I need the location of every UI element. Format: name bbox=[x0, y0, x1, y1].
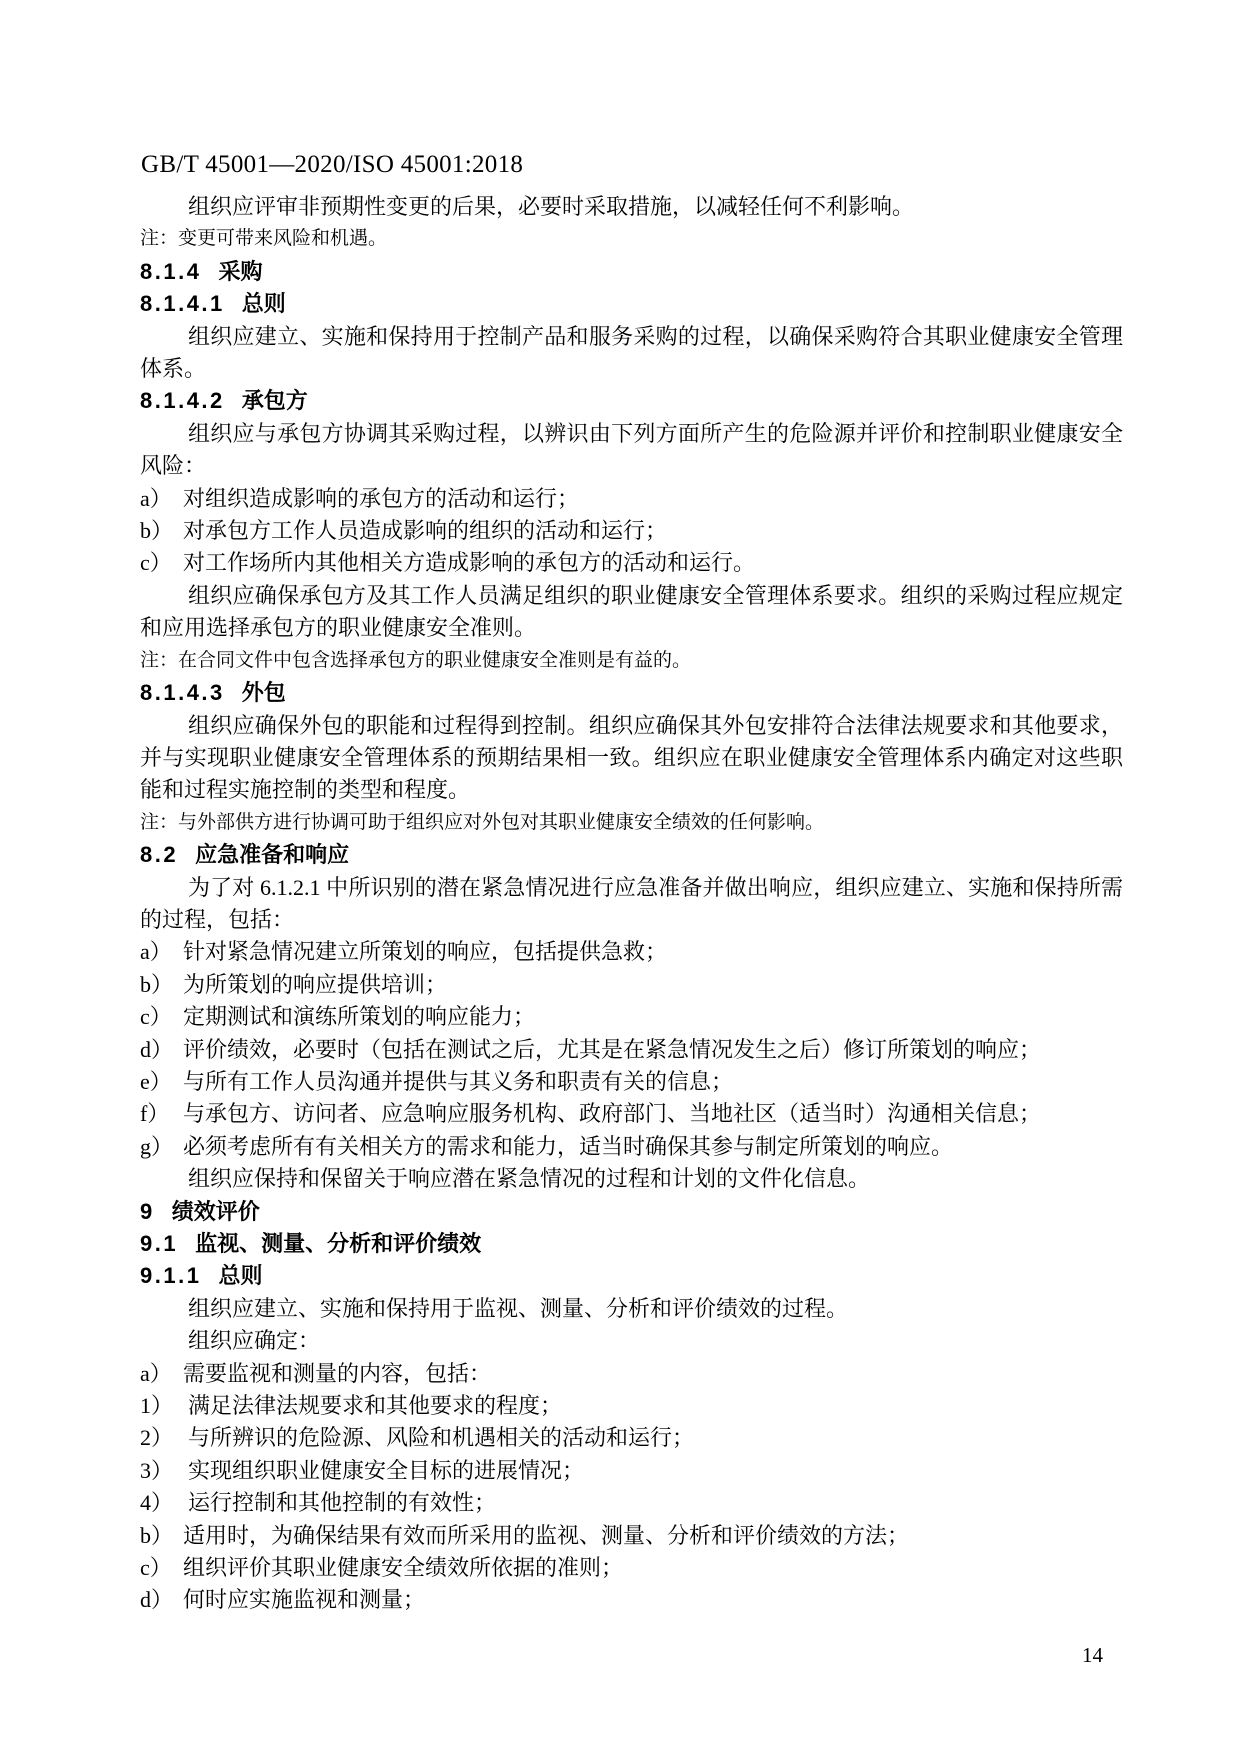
body-paragraph: 组织应保持和保留关于响应潜在紧急情况的过程和计划的文件化信息。 bbox=[140, 1163, 1123, 1195]
list-item-marker: c） bbox=[140, 547, 183, 579]
list-item-text: 与所辨识的危险源、风险和机遇相关的活动和运行； bbox=[188, 1425, 694, 1450]
list-item-text: 适用时，为确保结果有效而所采用的监视、测量、分析和评价绩效的方法； bbox=[183, 1523, 909, 1548]
list-item: b）对承包方工作人员造成影响的组织的活动和运行； bbox=[140, 515, 1123, 547]
heading-number: 8.1.4.2 bbox=[140, 388, 225, 413]
list-item-text: 定期测试和演练所策划的响应能力； bbox=[183, 1004, 535, 1029]
list-item-marker: c） bbox=[140, 1001, 183, 1033]
body-paragraph: 组织应确定： bbox=[140, 1325, 1123, 1357]
list-item-marker: e） bbox=[140, 1066, 183, 1098]
list-item: f）与承包方、访问者、应急响应服务机构、政府部门、当地社区（适当时）沟通相关信息… bbox=[140, 1098, 1123, 1130]
heading-number: 8.1.4.1 bbox=[140, 291, 225, 316]
list-item-text: 评价绩效，必要时（包括在测试之后，尤其是在紧急情况发生之后）修订所策划的响应； bbox=[183, 1037, 1041, 1062]
list-item-text: 实现组织职业健康安全目标的进展情况； bbox=[188, 1458, 584, 1483]
list-item: b）为所策划的响应提供培训； bbox=[140, 969, 1123, 1001]
running-header: GB/T 45001—2020/ISO 45001:2018 bbox=[141, 150, 523, 180]
document-body: 组织应评审非预期性变更的后果，必要时采取措施，以减轻任何不利影响。注：变更可带来… bbox=[140, 191, 1123, 1617]
page-number: 14 bbox=[1082, 1643, 1103, 1668]
heading-title: 总则 bbox=[242, 291, 286, 316]
body-paragraph: 组织应建立、实施和保持用于控制产品和服务采购的过程，以确保采购符合其职业健康安全… bbox=[140, 321, 1123, 386]
note-paragraph: 注：在合同文件中包含选择承包方的职业健康安全准则是有益的。 bbox=[140, 645, 1123, 677]
heading-title: 承包方 bbox=[242, 388, 308, 413]
section-heading: 9绩效评价 bbox=[140, 1196, 1123, 1228]
note-paragraph: 注：变更可带来风险和机遇。 bbox=[140, 223, 1123, 255]
heading-title: 总则 bbox=[218, 1263, 262, 1288]
heading-title: 采购 bbox=[218, 259, 262, 284]
list-item-text: 满足法律法规要求和其他要求的程度； bbox=[188, 1393, 562, 1418]
list-item-text: 运行控制和其他控制的有效性； bbox=[188, 1490, 496, 1515]
body-paragraph: 为了对 6.1.2.1 中所识别的潜在紧急情况进行应急准备并做出响应，组织应建立… bbox=[140, 872, 1123, 937]
body-paragraph: 组织应与承包方协调其采购过程，以辨识由下列方面所产生的危险源并评价和控制职业健康… bbox=[140, 418, 1123, 483]
sub-list-item: 4）运行控制和其他控制的有效性； bbox=[140, 1487, 1123, 1519]
heading-title: 监视、测量、分析和评价绩效 bbox=[195, 1231, 481, 1256]
body-paragraph: 组织应评审非预期性变更的后果，必要时采取措施，以减轻任何不利影响。 bbox=[140, 191, 1123, 223]
list-item-text: 必须考虑所有有关相关方的需求和能力，适当时确保其参与制定所策划的响应。 bbox=[183, 1134, 953, 1159]
section-heading: 9.1监视、测量、分析和评价绩效 bbox=[140, 1228, 1123, 1260]
list-item: a）需要监视和测量的内容，包括： bbox=[140, 1358, 1123, 1390]
list-item-marker: b） bbox=[140, 515, 183, 547]
section-heading: 8.2应急准备和响应 bbox=[140, 839, 1123, 871]
list-item-marker: f） bbox=[140, 1098, 183, 1130]
sub-list-item: 2）与所辨识的危险源、风险和机遇相关的活动和运行； bbox=[140, 1422, 1123, 1454]
list-item-text: 对承包方工作人员造成影响的组织的活动和运行； bbox=[183, 518, 667, 543]
list-item-text: 需要监视和测量的内容，包括： bbox=[183, 1361, 491, 1386]
list-item-marker: c） bbox=[140, 1552, 183, 1584]
list-item: a）对组织造成影响的承包方的活动和运行； bbox=[140, 483, 1123, 515]
heading-number: 8.1.4 bbox=[140, 259, 201, 284]
heading-title: 绩效评价 bbox=[172, 1199, 260, 1224]
heading-title: 应急准备和响应 bbox=[195, 842, 349, 867]
list-item-marker: a） bbox=[140, 1358, 183, 1390]
list-item: c）定期测试和演练所策划的响应能力； bbox=[140, 1001, 1123, 1033]
list-item: b）适用时，为确保结果有效而所采用的监视、测量、分析和评价绩效的方法； bbox=[140, 1520, 1123, 1552]
list-item: d）何时应实施监视和测量； bbox=[140, 1584, 1123, 1616]
section-heading: 8.1.4.2承包方 bbox=[140, 385, 1123, 417]
list-item: c）对工作场所内其他相关方造成影响的承包方的活动和运行。 bbox=[140, 547, 1123, 579]
heading-number: 9 bbox=[140, 1199, 155, 1224]
body-paragraph: 组织应确保外包的职能和过程得到控制。组织应确保其外包安排符合法律法规要求和其他要… bbox=[140, 710, 1123, 807]
list-item-text: 与所有工作人员沟通并提供与其义务和职责有关的信息； bbox=[183, 1069, 733, 1094]
list-item-marker: d） bbox=[140, 1584, 183, 1616]
list-item-marker: g） bbox=[140, 1131, 183, 1163]
body-paragraph: 组织应建立、实施和保持用于监视、测量、分析和评价绩效的过程。 bbox=[140, 1293, 1123, 1325]
list-item: a）针对紧急情况建立所策划的响应，包括提供急救； bbox=[140, 936, 1123, 968]
heading-number: 8.1.4.3 bbox=[140, 680, 225, 705]
list-item-marker: d） bbox=[140, 1034, 183, 1066]
section-heading: 8.1.4采购 bbox=[140, 256, 1123, 288]
list-item-text: 对组织造成影响的承包方的活动和运行； bbox=[183, 486, 579, 511]
heading-number: 9.1.1 bbox=[140, 1263, 201, 1288]
note-paragraph: 注：与外部供方进行协调可助于组织应对外包对其职业健康安全绩效的任何影响。 bbox=[140, 807, 1123, 839]
section-heading: 9.1.1总则 bbox=[140, 1260, 1123, 1292]
list-item: e）与所有工作人员沟通并提供与其义务和职责有关的信息； bbox=[140, 1066, 1123, 1098]
list-item-marker: b） bbox=[140, 969, 183, 1001]
sub-list-item: 3）实现组织职业健康安全目标的进展情况； bbox=[140, 1455, 1123, 1487]
list-item-marker: b） bbox=[140, 1520, 183, 1552]
body-paragraph: 组织应确保承包方及其工作人员满足组织的职业健康安全管理体系要求。组织的采购过程应… bbox=[140, 580, 1123, 645]
heading-number: 9.1 bbox=[140, 1231, 178, 1256]
list-item: d）评价绩效，必要时（包括在测试之后，尤其是在紧急情况发生之后）修订所策划的响应… bbox=[140, 1034, 1123, 1066]
list-item-marker: a） bbox=[140, 936, 183, 968]
section-heading: 8.1.4.3外包 bbox=[140, 677, 1123, 709]
list-item-text: 为所策划的响应提供培训； bbox=[183, 972, 447, 997]
list-item-marker: a） bbox=[140, 483, 183, 515]
list-item: g）必须考虑所有有关相关方的需求和能力，适当时确保其参与制定所策划的响应。 bbox=[140, 1131, 1123, 1163]
list-item-marker: 2） bbox=[140, 1422, 188, 1454]
list-item-text: 组织评价其职业健康安全绩效所依据的准则； bbox=[183, 1555, 623, 1580]
sub-list-item: 1）满足法律法规要求和其他要求的程度； bbox=[140, 1390, 1123, 1422]
section-heading: 8.1.4.1总则 bbox=[140, 288, 1123, 320]
list-item-marker: 3） bbox=[140, 1455, 188, 1487]
document-page: GB/T 45001—2020/ISO 45001:2018 组织应评审非预期性… bbox=[0, 0, 1241, 1755]
list-item: c）组织评价其职业健康安全绩效所依据的准则； bbox=[140, 1552, 1123, 1584]
list-item-marker: 4） bbox=[140, 1487, 188, 1519]
list-item-text: 对工作场所内其他相关方造成影响的承包方的活动和运行。 bbox=[183, 550, 755, 575]
list-item-text: 何时应实施监视和测量； bbox=[183, 1587, 425, 1612]
list-item-text: 针对紧急情况建立所策划的响应，包括提供急救； bbox=[183, 939, 667, 964]
heading-number: 8.2 bbox=[140, 842, 178, 867]
list-item-marker: 1） bbox=[140, 1390, 188, 1422]
heading-title: 外包 bbox=[242, 680, 286, 705]
list-item-text: 与承包方、访问者、应急响应服务机构、政府部门、当地社区（适当时）沟通相关信息； bbox=[183, 1101, 1041, 1126]
